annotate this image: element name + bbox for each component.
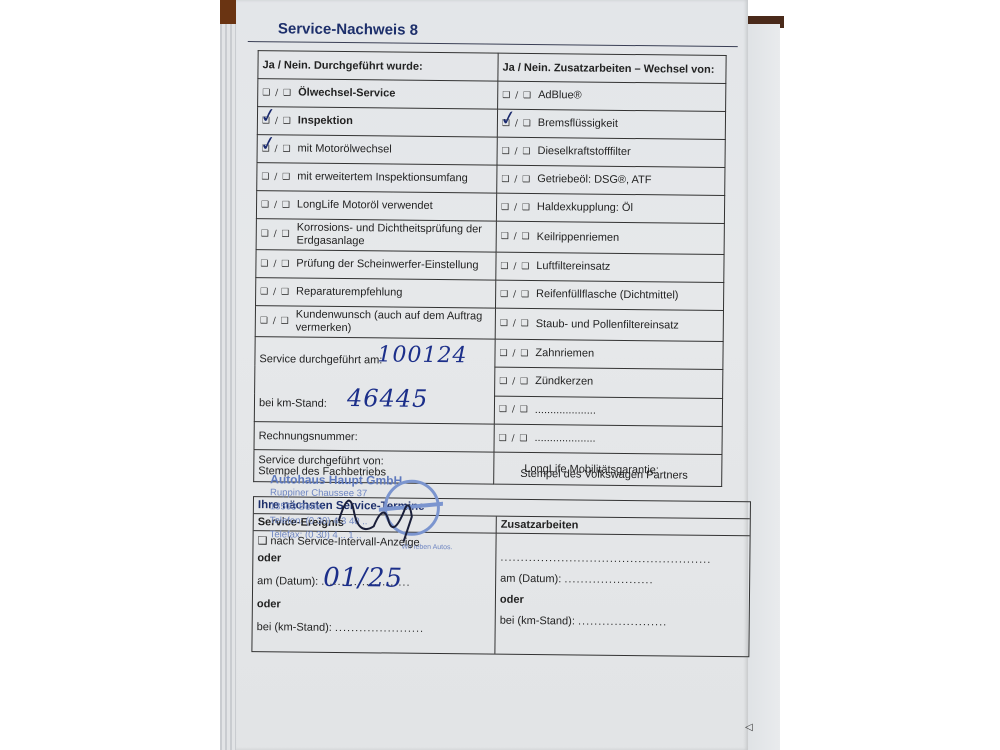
workshop-stamp-cell: Service durchgeführt von:Autohaus Haupt … [254,450,494,485]
right-item-9: ❑ / ❑Zahnriemen [495,339,723,370]
page-turn-marker: ◁ [745,722,753,733]
yes-no-checkbox[interactable]: ❑ / ❑ [500,289,530,299]
item-label: Inspektion [298,115,353,129]
item-label: mit erweitertem Inspektionsumfang [297,171,468,186]
left-item-5: ❑ / ❑Korrosions- und Dichtheitsprüfung d… [256,219,496,253]
table-row: ❑ / ❑Kundenwunsch (auch auf dem Auftrag … [255,306,723,342]
item-label: Prüfung der Scheinwerfer-Einstellung [296,258,478,273]
service-record-form: Service-Nachweis 8 Ja / Nein. Durchgefüh… [241,20,742,657]
left-item-2: ❑ / ❑mit Motorölwechsel✓ [257,135,497,166]
yes-no-checkbox[interactable]: ❑ / ❑ [260,287,290,297]
item-label: LongLife Motoröl verwendet [297,199,433,213]
right-item-8: ❑ / ❑Staub- und Pollenfiltereinsatz [495,308,723,341]
service-date-handwritten[interactable]: 100124 [377,342,467,368]
vw-partner-stamp-cell: LongLife Mobilitätsgarantie:Stempel des … [494,452,722,486]
extra-date-label: am (Datum): [500,573,561,586]
item-label: mit Motorölwechsel [297,143,391,157]
table-row: ❑ / ❑Korrosions- und Dichtheitsprüfung d… [256,219,724,255]
right-column-header: Ja / Nein. Zusatzarbeiten – Wechsel von: [498,53,726,83]
right-item-11: ❑ / ❑.................... [494,396,722,427]
item-label: AdBlue® [538,89,582,102]
left-item-4: ❑ / ❑LongLife Motoröl verwendet [256,191,496,222]
or-label-2: oder [257,596,491,615]
workshop-stamp-caption: Stempel des Fachbetriebs [258,465,386,478]
right-item-5: ❑ / ❑Keilrippenriemen [496,221,724,254]
right-item-7: ❑ / ❑Reifenfüllflasche (Dichtmittel) [495,280,723,310]
yes-no-checkbox[interactable]: ❑ / ❑ [260,316,290,326]
yes-no-checkbox[interactable]: ❑ / ❑ [499,405,529,415]
left-item-1: ❑ / ❑Inspektion✓ [257,107,497,138]
km-handwritten[interactable]: 46445 [347,384,429,413]
item-label: Korrosions- und Dichtheitsprüfung der Er… [297,222,492,250]
right-item-12: ❑ / ❑.................... [494,424,722,454]
service-table: Ja / Nein. Durchgeführt wurde: Ja / Nein… [253,50,726,487]
left-item-6: ❑ / ❑Prüfung der Scheinwerfer-Einstellun… [256,250,496,281]
service-event-column: ❑ nach Service-Intervall-Anzeige oder am… [252,531,495,654]
item-label: Ölwechsel-Service [298,87,395,101]
item-label: .................... [535,404,596,418]
table-row: Service durchgeführt am:100124bei km-Sta… [255,337,723,370]
extra-work-dots[interactable]: ........................................… [500,550,745,570]
yes-no-checkbox[interactable]: ❑ / ❑ [502,90,532,100]
right-item-6: ❑ / ❑Luftfiltereinsatz [496,252,724,282]
checkmark-icon: ✓ [258,102,278,128]
yes-no-checkbox[interactable]: ❑ / ❑ [261,229,291,239]
yes-no-checkbox[interactable]: ❑ / ❑ [500,319,530,329]
extra-or-label: oder [500,592,745,612]
left-item-3: ❑ / ❑mit erweitertem Inspektionsumfang [257,163,497,194]
left-item-8: ❑ / ❑Kundenwunsch (auch auf dem Auftrag … [255,306,495,340]
item-label: Bremsflüssigkeit [538,117,618,131]
item-label: Reifenfüllflasche (Dichtmittel) [536,288,679,302]
yes-no-checkbox[interactable]: ❑ / ❑ [261,172,291,182]
right-item-10: ❑ / ❑Zündkerzen [495,367,723,398]
yes-no-checkbox[interactable]: ❑ / ❑ [261,200,291,210]
yes-no-checkbox[interactable]: ❑ / ❑ [262,88,292,98]
service-date-label: Service durchgeführt am: [259,353,382,366]
yes-no-checkbox[interactable]: ❑ / ❑ [501,174,531,184]
item-label: Keilrippenriemen [537,231,620,245]
item-label: Dieselkraftstofffilter [537,145,630,159]
right-item-0: ❑ / ❑AdBlue® [498,81,726,111]
next-date-label: am (Datum): [257,575,318,588]
service-date-km-cell: Service durchgeführt am:100124bei km-Sta… [254,337,495,425]
yes-no-checkbox[interactable]: ❑ / ❑ [502,146,532,156]
next-date-handwritten[interactable]: 01/25 [323,570,403,588]
item-label: Luftfiltereinsatz [536,260,610,274]
checkmark-icon: ✓ [258,130,278,156]
yes-no-checkbox[interactable]: ❑ / ❑ [260,259,290,269]
yes-no-checkbox[interactable]: ❑ / ❑ [500,261,530,271]
extra-km-label: bei (km-Stand): [500,615,575,628]
item-label: Staub- und Pollenfiltereinsatz [536,318,679,332]
item-label: Zahnriemen [535,347,594,361]
extra-date-dots[interactable]: ...................... [564,573,653,586]
km-label: bei km-Stand: [259,397,327,410]
extra-km-dots[interactable]: ...................... [578,615,667,628]
invoice-number-field[interactable]: Rechnungsnummer: [254,422,494,453]
yes-no-checkbox[interactable]: ❑ / ❑ [501,232,531,242]
item-label: Getriebeöl: DSG®, ATF [537,173,651,187]
page-title: Service-Nachweis 8 [248,20,738,47]
left-item-0: ❑ / ❑Ölwechsel-Service [258,79,498,110]
left-item-7: ❑ / ❑Reparaturempfehlung [256,278,496,309]
item-label: Zündkerzen [535,376,593,390]
vw-partner-stamp-caption: Stempel des Volkswagen Partners [520,468,688,482]
item-label: .................... [534,432,595,446]
yes-no-checkbox[interactable]: ❑ / ❑ [499,433,529,443]
checkmark-icon: ✓ [498,105,518,131]
right-item-4: ❑ / ❑Haldexkupplung: Öl [496,193,724,223]
yes-no-checkbox[interactable]: ❑ / ❑ [499,348,529,358]
item-label: Kundenwunsch (auch auf dem Auftrag verme… [296,309,491,337]
item-label: Haldexkupplung: Öl [537,201,633,215]
interval-option-checkbox[interactable]: ❑ nach Service-Intervall-Anzeige [257,533,491,552]
right-item-2: ❑ / ❑Dieselkraftstofffilter [497,137,725,167]
table-row: Service durchgeführt von:Autohaus Haupt … [254,450,722,487]
extra-work-column: ........................................… [494,534,749,657]
right-item-3: ❑ / ❑Getriebeöl: DSG®, ATF [497,165,725,195]
yes-no-checkbox[interactable]: ❑ / ❑ [501,202,531,212]
item-label: Reparaturempfehlung [296,286,403,300]
next-km-label: bei (km-Stand): [257,621,332,634]
yes-no-checkbox[interactable]: ❑ / ❑ [499,377,529,387]
next-km-dots[interactable]: ...................... [335,622,424,635]
left-column-header: Ja / Nein. Durchgeführt wurde: [258,51,498,82]
right-item-1: ❑ / ❑Bremsflüssigkeit✓ [497,109,725,139]
